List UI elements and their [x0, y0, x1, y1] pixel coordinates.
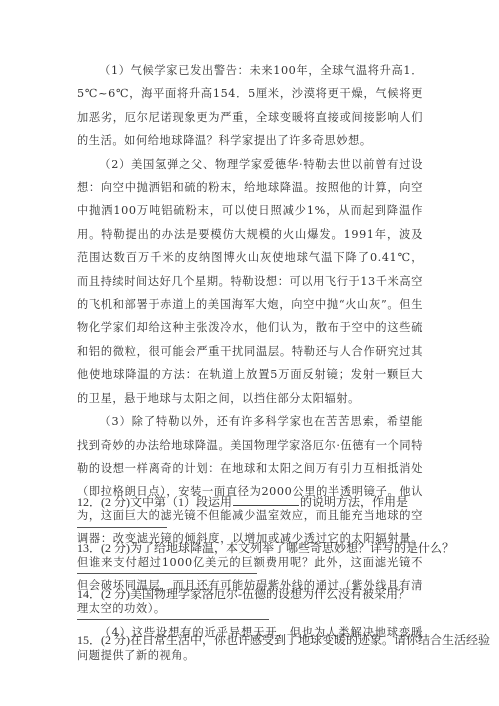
inline-answer-blank[interactable] [233, 493, 299, 506]
question-text: 为了给地球降温，本文列举了哪些奇思妙想？详写的是什么？ [130, 541, 454, 555]
question-score: (2 分) [101, 541, 130, 555]
question-15: 15．(2 分)在日常生活中，你也许感受到了地球变暖的迹象。请你结合生活经验 [77, 632, 457, 648]
question-12: 12．(2 分)文中第（1）段运用的说明方法，作用是 [77, 493, 457, 528]
question-text: 在日常生活中，你也许感受到了地球变暖的迹象。请你结合生活经验 [130, 633, 490, 647]
paragraph-text: 美国氢弹之父、物理学家爱德华·特勒去世以前曾有过设想：向空中抛洒铝和硫的粉末，给… [77, 158, 423, 405]
question-text: 文中第（1）段运用 [130, 495, 232, 509]
question-14: 14．(2 分)美国物理学家洛厄尔-伍德的设想为什么没有被采用？ [77, 586, 457, 620]
paragraph-1: （1）气候学家已发出警告：未来100年，全球气温将升高1．5℃~6℃，海平面将升… [77, 59, 423, 153]
answer-line[interactable] [77, 527, 167, 528]
paragraph-label: （1） [99, 64, 131, 77]
question-score: (2 分) [101, 633, 130, 647]
paragraph-label: （3） [99, 415, 132, 428]
answer-line[interactable] [77, 573, 257, 574]
question-number: 12． [77, 495, 101, 509]
paragraph-2: （2）美国氢弹之父、物理学家爱德华·特勒去世以前曾有过设想：向空中抛洒铝和硫的粉… [77, 153, 423, 410]
question-number: 13． [77, 541, 101, 555]
question-text-continued: 的说明方法，作用是 [300, 495, 408, 509]
question-text: 美国物理学家洛厄尔-伍德的设想为什么没有被采用？ [130, 587, 410, 601]
question-number: 15． [77, 633, 101, 647]
question-13: 13．(2 分)为了给地球降温，本文列举了哪些奇思妙想？详写的是什么？ [77, 540, 457, 574]
question-list: 12．(2 分)文中第（1）段运用的说明方法，作用是 13．(2 分)为了给地球… [77, 493, 457, 648]
question-number: 14． [77, 587, 101, 601]
answer-line[interactable] [77, 619, 269, 620]
paragraph-label: （2） [99, 158, 131, 171]
question-score: (2 分) [101, 495, 130, 509]
question-score: (2 分) [101, 587, 130, 601]
